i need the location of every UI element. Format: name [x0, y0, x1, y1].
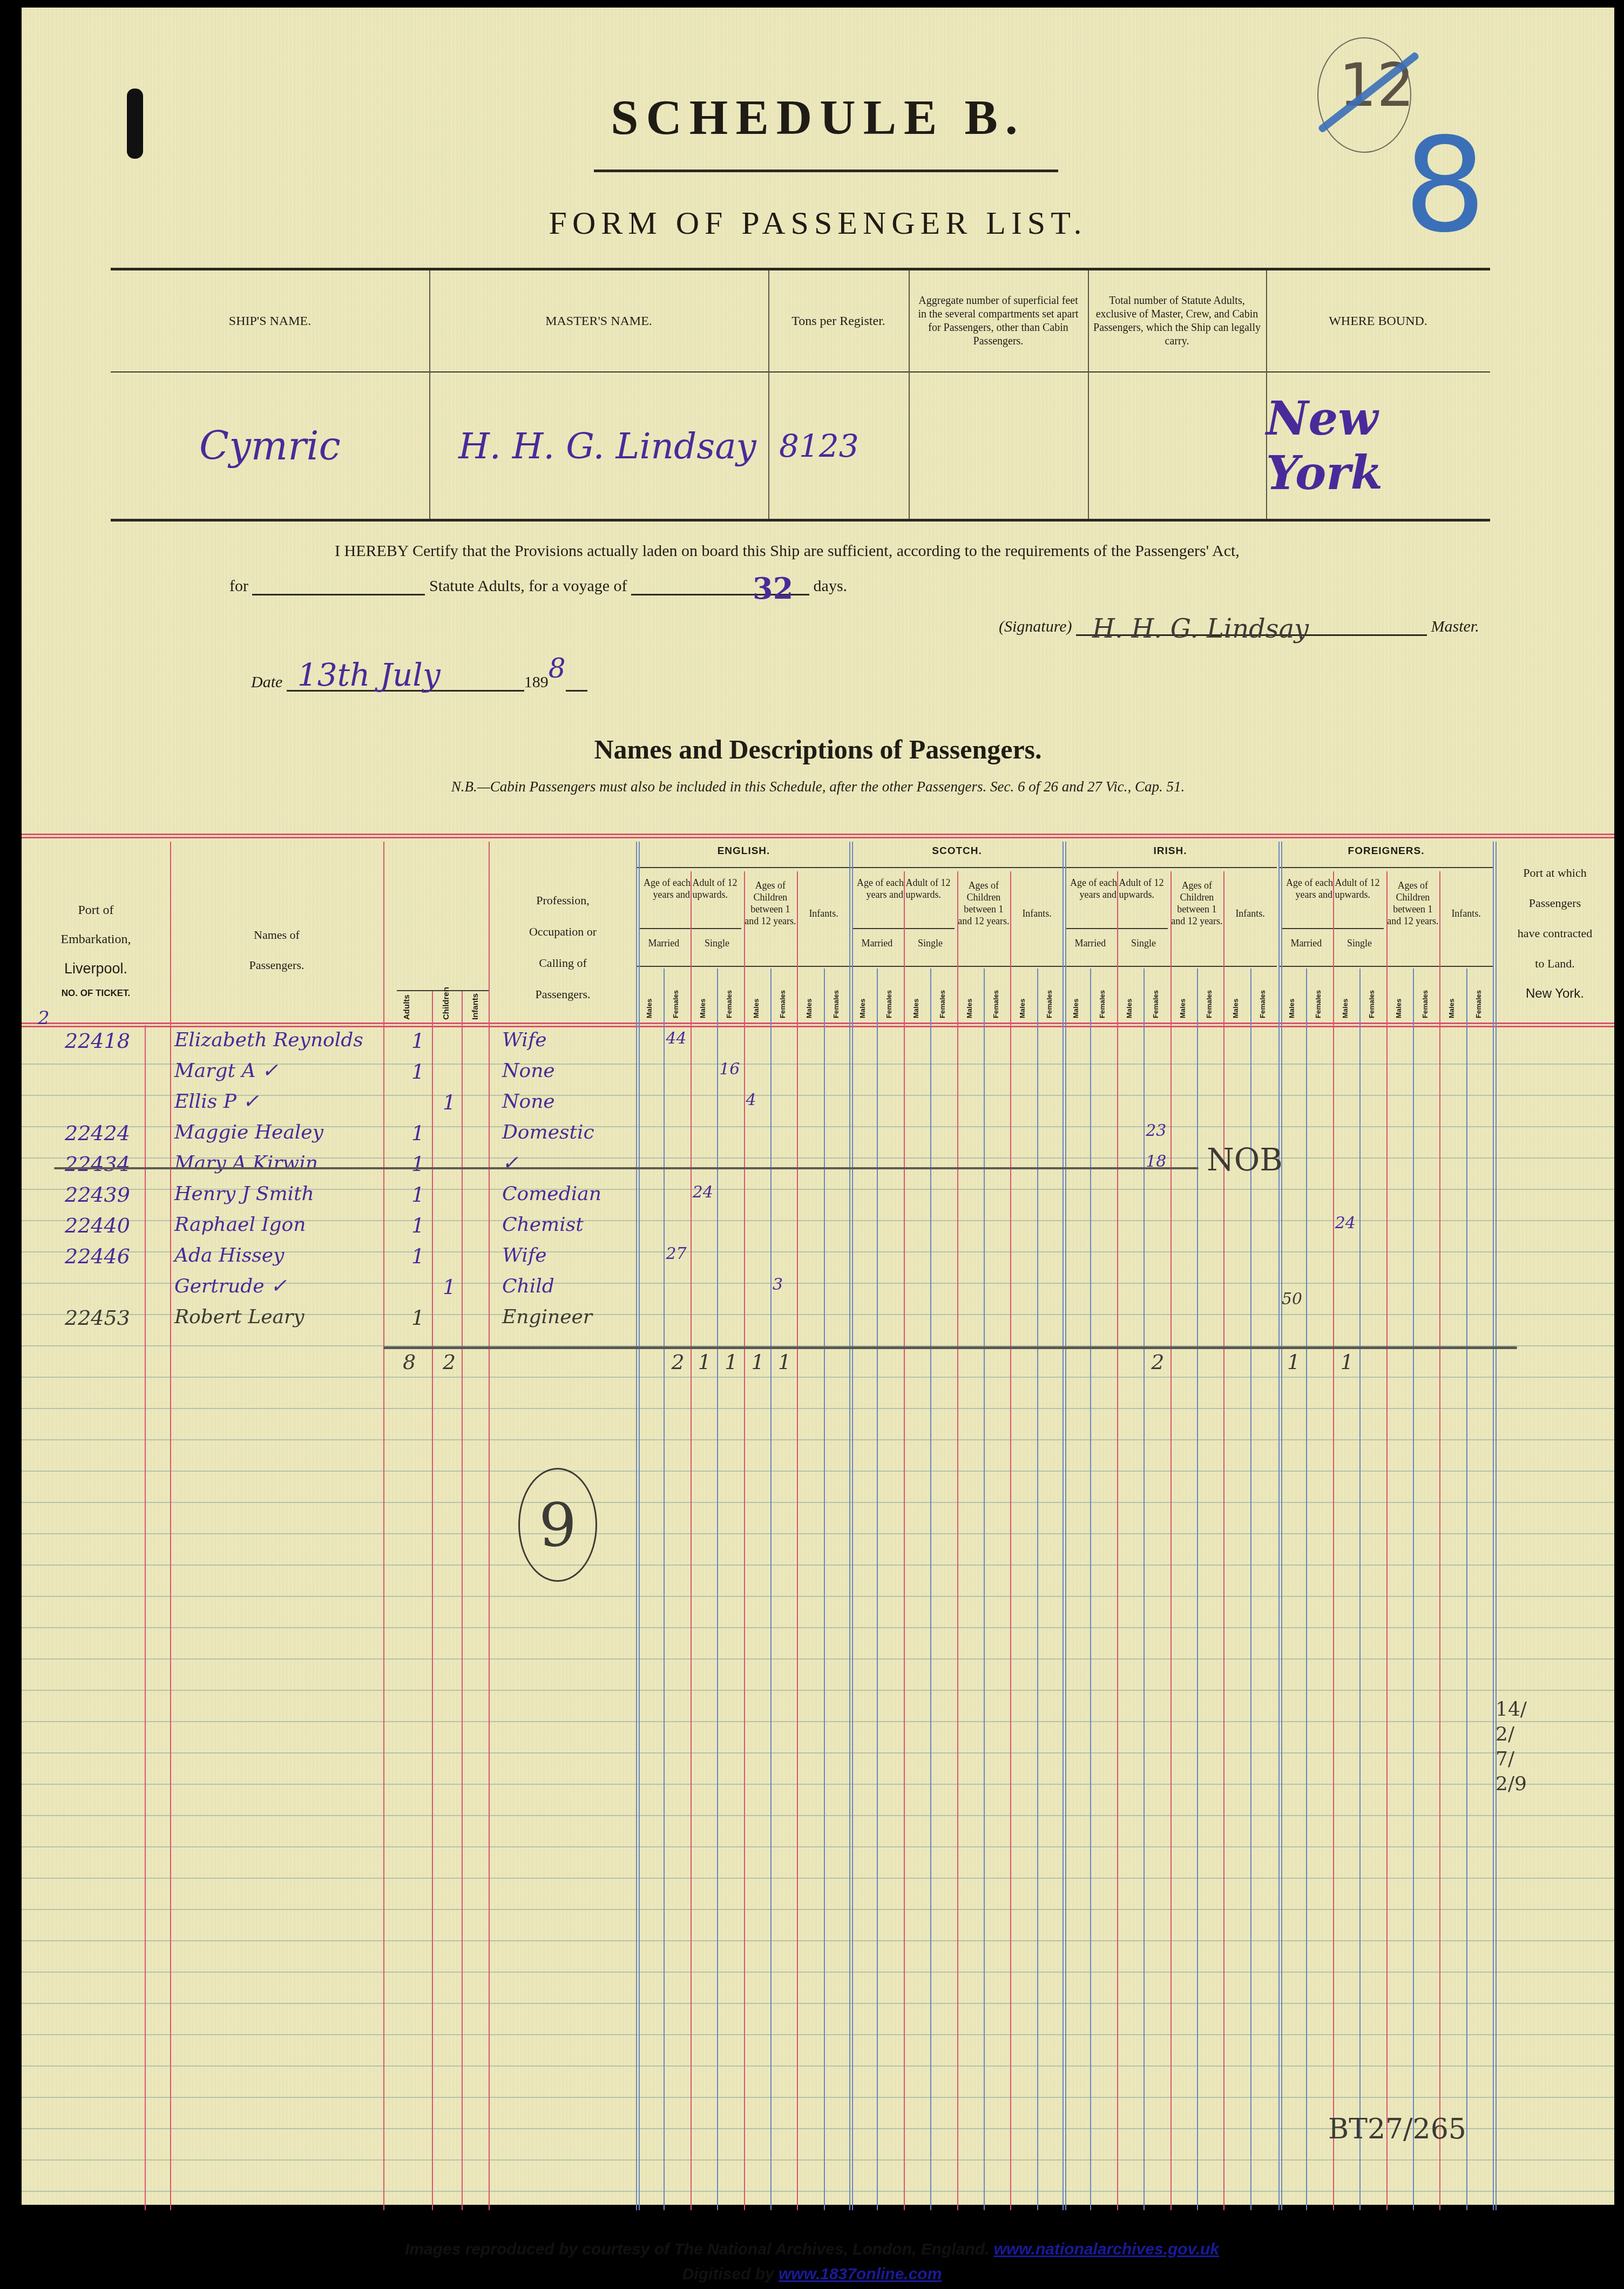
single-header: Single	[1117, 936, 1170, 951]
tons-label: Tons per Register.	[768, 270, 909, 371]
infants-header: Infants	[471, 993, 480, 1020]
voyage-days-field: 32	[631, 594, 809, 595]
children-line	[462, 990, 463, 2210]
profession-header-line: Passengers.	[489, 979, 637, 1010]
married-header: Married	[637, 936, 691, 951]
females-subheader: Females	[992, 975, 1000, 1018]
females-subheader: Females	[1205, 975, 1213, 1018]
males-subheader: Males	[1072, 975, 1080, 1018]
nationality-header: SCOTCH.	[850, 845, 1064, 857]
sub-column-line	[1090, 969, 1091, 2210]
occupation: Wife	[502, 1244, 547, 1267]
married-header: Married	[850, 936, 904, 951]
males-subheader: Males	[1231, 975, 1240, 1018]
total-foreigners: 1	[1287, 1350, 1300, 1374]
ticket-prefix: 2	[38, 1007, 50, 1029]
passenger-age: 23	[1146, 1121, 1166, 1140]
males-subheader: Males	[1395, 975, 1403, 1018]
archive-reference: BT27/265	[1328, 2113, 1466, 2145]
passenger-age: 16	[719, 1060, 740, 1079]
nationality-underline	[1064, 867, 1277, 868]
struck-annotation: NOB	[1207, 1141, 1283, 1178]
males-subheader: Males	[1179, 975, 1187, 1018]
sub-column-line	[904, 871, 905, 2210]
males-subheader: Males	[699, 975, 707, 1018]
passenger-name: Ellis P ✓	[174, 1091, 259, 1113]
ticket-number: 22439	[65, 1183, 130, 1207]
profession-header-line: Profession,	[489, 885, 637, 916]
nationality-divider	[636, 842, 640, 2210]
statute-adults-label: Total number of Statute Adults, exclusiv…	[1093, 270, 1261, 371]
total-english: 2	[671, 1350, 684, 1374]
profession-header-line: Calling of	[489, 947, 637, 979]
sub-column-line	[1037, 969, 1038, 2210]
sub-column-line	[930, 969, 931, 2210]
port-landing-line	[1493, 842, 1497, 2210]
passenger-name: Maggie Healey	[174, 1121, 323, 1143]
passenger-name: Ada Hissey	[174, 1244, 284, 1267]
signature-label: (Signature)	[999, 618, 1072, 635]
statute-adults-label: Statute Adults, for a voyage of	[429, 577, 627, 595]
females-subheader: Females	[1045, 975, 1053, 1018]
port-landing-value: New York.	[1496, 979, 1614, 1009]
for-label: for	[229, 577, 248, 595]
national-archives-link[interactable]: www.nationalarchives.gov.uk	[994, 2240, 1219, 2258]
single-header: Single	[1333, 936, 1386, 951]
occupation: ✓	[502, 1152, 518, 1174]
date-value: 13th July	[297, 656, 441, 693]
females-subheader: Females	[1421, 975, 1429, 1018]
sub-column-line	[1197, 969, 1198, 2210]
females-subheader: Females	[885, 975, 893, 1018]
sub-column-line	[1143, 969, 1145, 2210]
sub-column-line	[1117, 871, 1118, 2210]
total-foreigners: 1	[1341, 1350, 1354, 1374]
nationality-header: FOREIGNERS.	[1280, 845, 1493, 857]
adult-count: 1	[411, 1183, 424, 1207]
adult-count: 1	[411, 1306, 424, 1330]
profession-header: Profession, Occupation or Calling of Pas…	[489, 885, 637, 1010]
passenger-name: Henry J Smith	[174, 1183, 314, 1205]
port-landing-header: Port at which Passengers have contracted…	[1496, 858, 1614, 1009]
passenger-age: 4	[746, 1091, 756, 1109]
males-subheader: Males	[965, 975, 973, 1018]
occupation: Child	[502, 1275, 554, 1297]
total-english: 1	[752, 1350, 764, 1374]
males-subheader: Males	[1288, 975, 1296, 1018]
passenger-age: 27	[666, 1244, 686, 1263]
names-header: Names of Passengers.	[170, 920, 383, 980]
passenger-name: Robert Leary	[174, 1306, 304, 1328]
occupation: Engineer	[502, 1306, 592, 1328]
adult-count: 1	[411, 1244, 424, 1268]
sub-column-line	[1170, 871, 1172, 2210]
ticket-number: 22446	[65, 1244, 130, 1268]
nationality-divider	[1278, 842, 1282, 2210]
sub-column-line	[877, 969, 878, 2210]
ship-name-label: SHIP'S NAME.	[111, 270, 429, 371]
signature-field: H. H. G. Lindsay	[1076, 634, 1427, 636]
males-subheader: Males	[805, 975, 813, 1018]
females-subheader: Females	[938, 975, 946, 1018]
females-subheader: Females	[1314, 975, 1322, 1018]
sub-column-line	[1466, 969, 1467, 2210]
passenger-age: 24	[693, 1183, 713, 1202]
year-prefix: 189	[524, 673, 549, 691]
sub-column-line	[984, 969, 985, 2210]
infants-header: Infants.	[1223, 906, 1277, 921]
passenger-name: Margt A ✓	[174, 1060, 278, 1082]
sub-column-line	[824, 969, 825, 2210]
infants-header: Infants.	[797, 906, 850, 921]
total-children: 2	[443, 1350, 456, 1374]
certificate-line-1: I HEREBY Certify that the Provisions act…	[335, 542, 1506, 560]
ship-table-divider	[111, 371, 1490, 373]
passenger-name: Elizabeth Reynolds	[174, 1029, 363, 1051]
children-age-header: Ages of Children between 1 and 12 years.	[957, 879, 1011, 927]
males-subheader: Males	[752, 975, 760, 1018]
circled-page-number: 9	[518, 1468, 597, 1582]
infants-header: Infants.	[1010, 906, 1064, 921]
grid-header-rule	[22, 1022, 1614, 1027]
females-subheader: Females	[725, 975, 733, 1018]
males-subheader: Males	[1018, 975, 1026, 1018]
passenger-name: Gertrude ✓	[174, 1275, 287, 1297]
females-subheader: Females	[1368, 975, 1376, 1018]
certificate-line-2: for Statute Adults, for a voyage of 32 d…	[229, 577, 847, 595]
names-line	[383, 842, 384, 2210]
ticket-header: NO. OF TICKET.	[22, 986, 170, 1000]
sub-column-line	[1333, 871, 1334, 2210]
passenger-age: 50	[1282, 1290, 1302, 1309]
females-subheader: Females	[1098, 975, 1106, 1018]
children-age-header: Ages of Children between 1 and 12 years.	[1170, 879, 1224, 927]
date-label: Date	[251, 673, 282, 691]
profession-header-line: Occupation or	[489, 916, 637, 947]
ticket-number: 22434	[65, 1152, 130, 1176]
tons-value: 8123	[768, 373, 919, 519]
nationality-header: ENGLISH.	[637, 845, 850, 857]
circled-page-value: 9	[539, 1491, 577, 1560]
footer-line-2: Digitised by www.1837online.com	[0, 2265, 1624, 2284]
sub-column-line	[1306, 969, 1307, 2210]
port-header-liverpool: Liverpool.	[22, 954, 170, 983]
counts-line	[489, 842, 490, 2210]
section-note: N.B.—Cabin Passengers must also be inclu…	[22, 778, 1614, 795]
males-subheader: Males	[1447, 975, 1456, 1018]
master-name-value: H. H. G. Lindsay	[429, 373, 786, 519]
children-age-header: Ages of Children between 1 and 12 years.	[744, 879, 797, 927]
port-embarkation-header: Port of Embarkation, Liverpool.	[22, 896, 170, 983]
sub-column-line	[664, 969, 665, 2210]
port-header-line: Embarkation,	[22, 925, 170, 954]
children-header: Children	[442, 993, 451, 1020]
ticket-inner-line	[145, 1025, 146, 2210]
1837online-link[interactable]: www.1837online.com	[779, 2265, 942, 2283]
strike-through-line	[54, 1167, 1199, 1169]
superficial-feet-label: Aggregate number of superficial feet in …	[914, 270, 1082, 371]
occupation: Chemist	[502, 1214, 584, 1236]
occupation: Comedian	[502, 1183, 601, 1205]
males-subheader: Males	[858, 975, 867, 1018]
ruled-lines	[22, 1033, 1614, 2210]
ship-name-value: Cymric	[111, 373, 429, 519]
total-adults: 8	[403, 1350, 416, 1374]
date-line: Date 13th July1898	[251, 653, 587, 692]
sub-column-line	[691, 871, 692, 2210]
child-count: 1	[443, 1275, 456, 1299]
nationality-divider	[1063, 842, 1066, 2210]
sub-column-line	[1010, 871, 1011, 2210]
statute-adults-blank	[252, 594, 425, 595]
totals-rule	[383, 1346, 1517, 1349]
married-header: Married	[1280, 936, 1333, 951]
footer-digitised-text: Digitised by	[682, 2265, 774, 2283]
sub-column-line	[1413, 969, 1414, 2210]
passenger-grid: Port of Embarkation, Liverpool. NO. OF T…	[22, 834, 1614, 2210]
voyage-days-value: 32	[753, 571, 793, 606]
total-english: 1	[725, 1350, 737, 1374]
nationality-header: IRISH.	[1064, 845, 1277, 857]
title-rule	[594, 170, 1058, 172]
days-label: days.	[814, 577, 848, 595]
port-landing-line-text: have contracted	[1496, 918, 1614, 949]
sub-column-line	[717, 969, 718, 2210]
sub-column-line	[797, 871, 798, 2210]
ticket-number: 22418	[65, 1029, 130, 1053]
col-divider	[1088, 270, 1089, 519]
males-subheader: Males	[645, 975, 653, 1018]
males-subheader: Males	[1125, 975, 1133, 1018]
ticket-number: 22424	[65, 1121, 130, 1145]
sub-column-line	[1223, 871, 1224, 2210]
total-irish: 2	[1151, 1350, 1164, 1374]
adult-count: 1	[411, 1214, 424, 1237]
total-english: 1	[698, 1350, 711, 1374]
passenger-age: 24	[1335, 1214, 1356, 1232]
passenger-list-sheet: SCHEDULE B. FORM OF PASSENGER LIST. 12 8…	[22, 8, 1614, 2205]
sub-column-line	[1386, 871, 1388, 2210]
females-subheader: Females	[672, 975, 680, 1018]
year-suffix: 8	[549, 653, 566, 684]
passenger-name: Raphael Igon	[174, 1214, 306, 1236]
section-title: Names and Descriptions of Passengers.	[22, 734, 1614, 765]
single-header: Single	[691, 936, 744, 951]
sub-column-line	[957, 871, 958, 2210]
master-label: Master.	[1431, 618, 1479, 635]
passenger-name: Mary A Kirwin	[174, 1152, 318, 1174]
passenger-age: 44	[666, 1029, 686, 1048]
adult-count: 1	[411, 1152, 424, 1176]
port-landing-line-text: Port at which	[1496, 858, 1614, 888]
names-header-line: Names of	[170, 920, 383, 950]
adult-count: 1	[411, 1121, 424, 1145]
adults-line	[432, 990, 433, 2210]
females-subheader: Females	[1258, 975, 1267, 1018]
males-subheader: Males	[1341, 975, 1349, 1018]
infants-header: Infants.	[1439, 906, 1493, 921]
males-subheader: Males	[912, 975, 920, 1018]
where-bound-value: New York	[1266, 373, 1490, 519]
nationality-underline	[1280, 867, 1493, 868]
footer-credit-text: Images reproduced by courtesy of The Nat…	[405, 2240, 989, 2258]
ticket-line	[170, 842, 171, 2210]
adults-header: Adults	[402, 993, 411, 1020]
corner-page-number: 8	[1404, 121, 1486, 250]
grid-top-rule	[22, 834, 1614, 838]
occupation: Wife	[502, 1029, 547, 1051]
married-header: Married	[1064, 936, 1117, 951]
where-bound-label: WHERE BOUND.	[1266, 270, 1490, 371]
port-landing-line-text: to Land.	[1496, 949, 1614, 979]
occupation: Domestic	[502, 1121, 594, 1143]
sub-column-line	[744, 871, 745, 2210]
port-header-line: Port of	[22, 896, 170, 925]
nationality-underline	[637, 867, 850, 868]
master-name-label: MASTER'S NAME.	[429, 270, 768, 371]
document-subtitle: FORM OF PASSENGER LIST.	[22, 205, 1614, 242]
adult-count: 1	[411, 1060, 424, 1083]
date-field: 13th July	[287, 690, 524, 692]
passenger-age: 3	[773, 1275, 783, 1294]
sub-column-line	[770, 969, 772, 2210]
single-header: Single	[904, 936, 957, 951]
females-subheader: Females	[1152, 975, 1160, 1018]
females-subheader: Females	[779, 975, 787, 1018]
adult-count: 1	[411, 1029, 424, 1053]
total-english: 1	[778, 1350, 791, 1374]
year-blank	[566, 690, 587, 692]
footer-line-1: Images reproduced by courtesy of The Nat…	[0, 2240, 1624, 2259]
port-landing-line-text: Passengers	[1496, 888, 1614, 918]
signature-value: H. H. G. Lindsay	[1092, 614, 1309, 644]
signature-line: (Signature) H. H. G. Lindsay Master.	[999, 618, 1479, 636]
children-age-header: Ages of Children between 1 and 12 years.	[1386, 879, 1440, 927]
names-header-line: Passengers.	[170, 950, 383, 980]
sub-column-line	[1359, 969, 1361, 2210]
females-subheader: Females	[832, 975, 840, 1018]
ship-details-table: SHIP'S NAME. MASTER'S NAME. Tons per Reg…	[111, 268, 1490, 522]
sub-column-line	[1439, 871, 1440, 2210]
ticket-number: 22453	[65, 1306, 130, 1330]
ticket-number: 22440	[65, 1214, 130, 1237]
nationality-divider	[849, 842, 853, 2210]
occupation: None	[502, 1060, 555, 1082]
side-note: 14/2/7/2/9	[1496, 1697, 1533, 1797]
occupation: None	[502, 1091, 555, 1113]
child-count: 1	[443, 1091, 456, 1114]
nationality-underline	[850, 867, 1064, 868]
females-subheader: Females	[1474, 975, 1483, 1018]
